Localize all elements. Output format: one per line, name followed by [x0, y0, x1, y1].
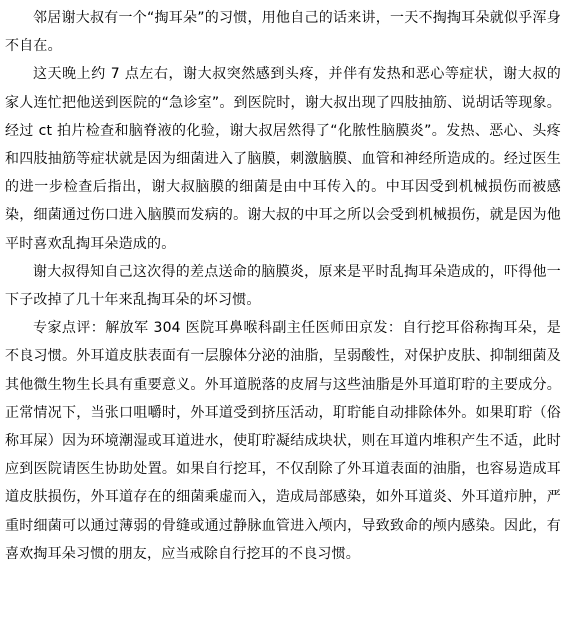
paragraph-expert-comment: 专家点评：解放军 304 医院耳鼻喉科副主任医师田京发：自行挖耳俗称掏耳朵，是不… — [5, 314, 561, 568]
paragraph-incident: 这天晚上约 7 点左右，谢大叔突然感到头疼，并伴有发热和恶心等症状，谢大叔的家人… — [5, 60, 561, 257]
paragraph-intro: 邻居谢大叔有一个“掏耳朵”的习惯，用他自己的话来讲，一天不掏掏耳朵就似乎浑身不自… — [5, 4, 561, 60]
paragraph-aftermath: 谢大叔得知自己这次得的差点送命的脑膜炎，原来是平时乱掏耳朵造成的，吓得他一下子改… — [5, 258, 561, 314]
article-body: 邻居谢大叔有一个“掏耳朵”的习惯，用他自己的话来讲，一天不掏掏耳朵就似乎浑身不自… — [0, 0, 567, 568]
